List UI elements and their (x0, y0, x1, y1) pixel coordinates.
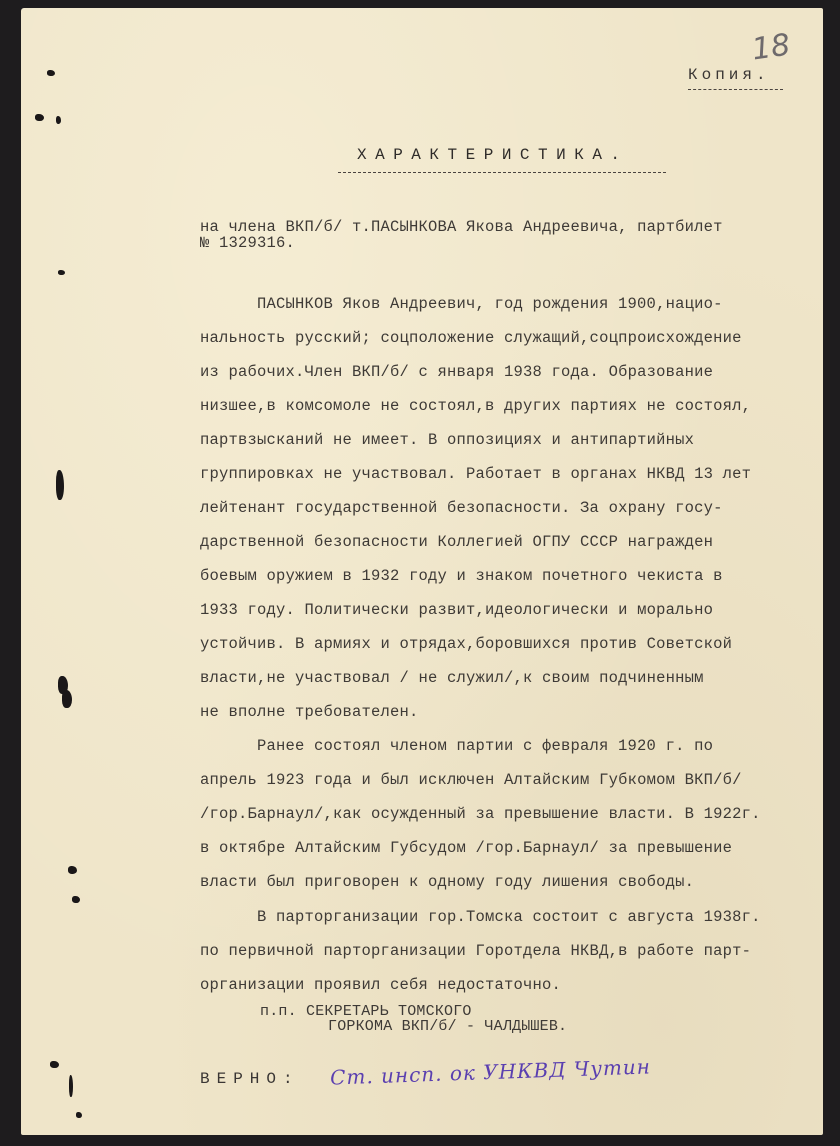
body-line: не вполне требователен. (200, 703, 419, 721)
binding-hole (76, 1112, 82, 1118)
certification-label: ВЕРНО: (200, 1070, 300, 1088)
binding-hole (35, 114, 44, 121)
body-line: дарственной безопасности Коллегией ОГПУ … (200, 533, 713, 551)
document-title: ХАРАКТЕРИСТИКА. (357, 146, 629, 164)
body-line: устойчив. В армиях и отрядах,боровшихся … (200, 635, 732, 653)
binding-hole (69, 1075, 73, 1097)
body-line: лейтенант государственной безопасности. … (200, 499, 723, 517)
body-line: боевым оружием в 1932 году и знаком поче… (200, 567, 723, 585)
binding-hole (68, 866, 77, 874)
body-line: организации проявил себя недостаточно. (200, 976, 561, 994)
binding-hole (72, 896, 80, 903)
body-line: по первичной парторганизации Горотдела Н… (200, 942, 751, 960)
subject-line: № 1329316. (200, 234, 295, 252)
body-line: из рабочих.Член ВКП/б/ с января 1938 год… (200, 363, 713, 381)
binding-hole (56, 470, 64, 500)
body-line: партвзысканий не имеет. В оппозициях и а… (200, 431, 694, 449)
binding-hole (56, 116, 61, 124)
binding-hole (62, 690, 72, 708)
body-line: низшее,в комсомоле не состоял,в других п… (200, 397, 751, 415)
body-line: Ранее состоял членом партии с февраля 19… (257, 737, 713, 755)
body-line: в октябре Алтайским Губсудом /гор.Барнау… (200, 839, 732, 857)
binding-hole (47, 70, 55, 76)
body-line: нальность русский; соцположение служащий… (200, 329, 742, 347)
binding-hole (58, 270, 65, 275)
title-underline (338, 172, 666, 173)
body-line: /гор.Барнаул/,как осужденный за превышен… (200, 805, 761, 823)
body-line: В парторганизации гор.Томска состоит с а… (257, 908, 761, 926)
body-line: 1933 году. Политически развит,идеологиче… (200, 601, 713, 619)
signature-line-2: ГОРКОМА ВКП/б/ - ЧАЛДЫШЕВ. (328, 1018, 567, 1035)
body-line: ПАСЫНКОВ Яков Андреевич, год рождения 19… (257, 295, 723, 313)
body-line: апрель 1923 года и был исключен Алтайски… (200, 771, 742, 789)
body-line: власти,не участвовал / не служил/,к свои… (200, 669, 704, 687)
body-line: группировках не участвовал. Работает в о… (200, 465, 751, 483)
folio-number: 18 (750, 28, 793, 68)
copy-mark: Копия. (688, 66, 770, 84)
binding-hole (50, 1061, 59, 1068)
body-line: власти был приговорен к одному году лише… (200, 873, 694, 891)
copy-mark-underline (688, 89, 783, 90)
